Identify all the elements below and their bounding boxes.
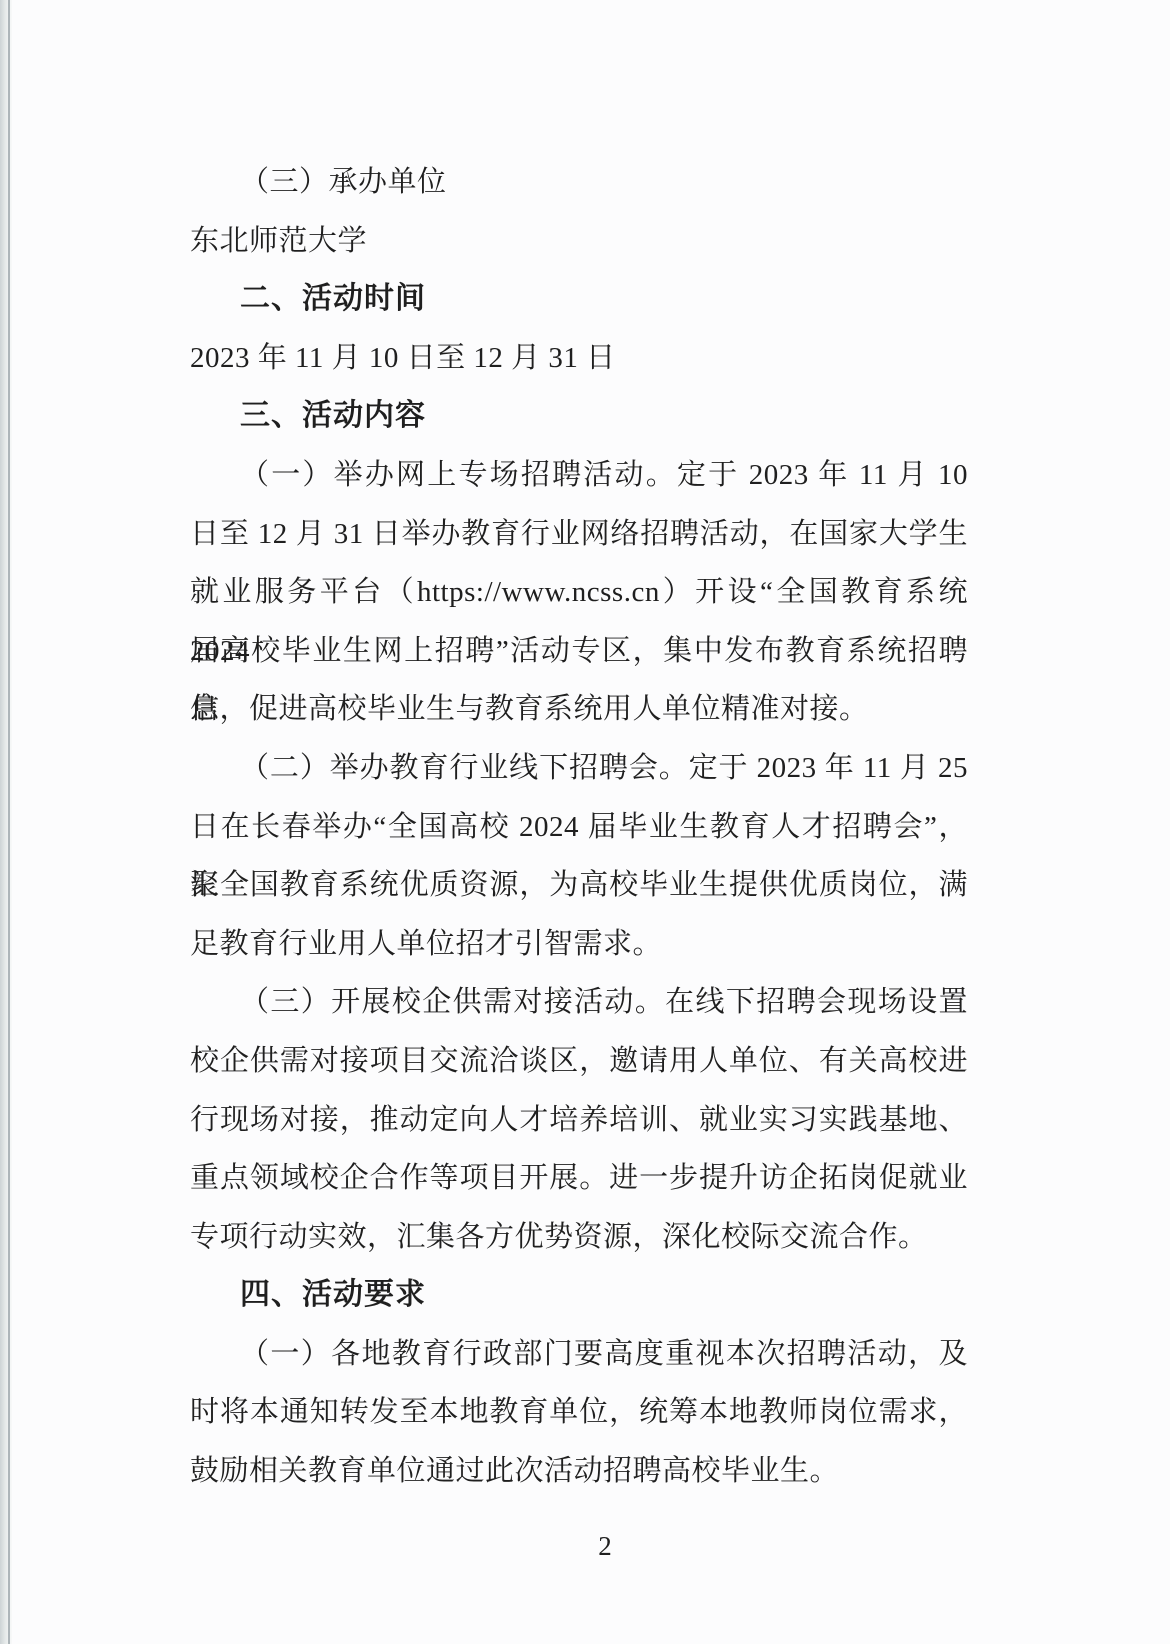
scan-edge-line xyxy=(8,0,10,1644)
section-heading: 四、活动要求 xyxy=(190,1266,968,1325)
text-line: 日至 12 月 31 日举办教育行业网络招聘活动，在国家大学生 xyxy=(190,505,968,564)
text-line: 行现场对接，推动定向人才培养培训、就业实习实践基地、 xyxy=(190,1091,968,1150)
text-line: 鼓励相关教育单位通过此次活动招聘高校毕业生。 xyxy=(190,1442,968,1501)
text-line: 东北师范大学 xyxy=(190,212,968,271)
text-line: （一）举办网上专场招聘活动。定于 2023 年 11 月 10 xyxy=(190,446,968,505)
section-heading: 二、活动时间 xyxy=(190,270,968,329)
text-line: 2023 年 11 月 10 日至 12 月 31 日 xyxy=(190,329,968,388)
document-body: （三）承办单位 东北师范大学 二、活动时间 2023 年 11 月 10 日至 … xyxy=(190,153,968,1501)
text-line: 聚全国教育系统优质资源，为高校毕业生提供优质岗位，满 xyxy=(190,856,968,915)
text-line: 日在长春举办“全国高校 2024 届毕业生教育人才招聘会”，汇 xyxy=(190,798,968,857)
text-line: 校企供需对接项目交流洽谈区，邀请用人单位、有关高校进 xyxy=(190,1032,968,1091)
page-number: 2 xyxy=(0,1528,1170,1564)
text-line: （一）各地教育行政部门要高度重视本次招聘活动，及 xyxy=(190,1325,968,1384)
text-line: （三）开展校企供需对接活动。在线下招聘会现场设置 xyxy=(190,973,968,1032)
text-line: 届高校毕业生网上招聘”活动专区，集中发布教育系统招聘信 xyxy=(190,622,968,681)
text-line: 重点领域校企合作等项目开展。进一步提升访企拓岗促就业 xyxy=(190,1149,968,1208)
scan-edge-shadow xyxy=(0,0,12,1644)
text-line: 就业服务平台（https://www.ncss.cn）开设“全国教育系统 202… xyxy=(190,563,968,622)
list-item-heading: （三）承办单位 xyxy=(190,153,968,212)
text-line: （二）举办教育行业线下招聘会。定于 2023 年 11 月 25 xyxy=(190,739,968,798)
section-heading: 三、活动内容 xyxy=(190,387,968,446)
text-line: 时将本通知转发至本地教育单位，统筹本地教师岗位需求， xyxy=(190,1383,968,1442)
text-line: 专项行动实效，汇集各方优势资源，深化校际交流合作。 xyxy=(190,1208,968,1267)
text-line: 息，促进高校毕业生与教育系统用人单位精准对接。 xyxy=(190,680,968,739)
scanned-document-page: （三）承办单位 东北师范大学 二、活动时间 2023 年 11 月 10 日至 … xyxy=(0,0,1170,1644)
text-line: 足教育行业用人单位招才引智需求。 xyxy=(190,915,968,974)
